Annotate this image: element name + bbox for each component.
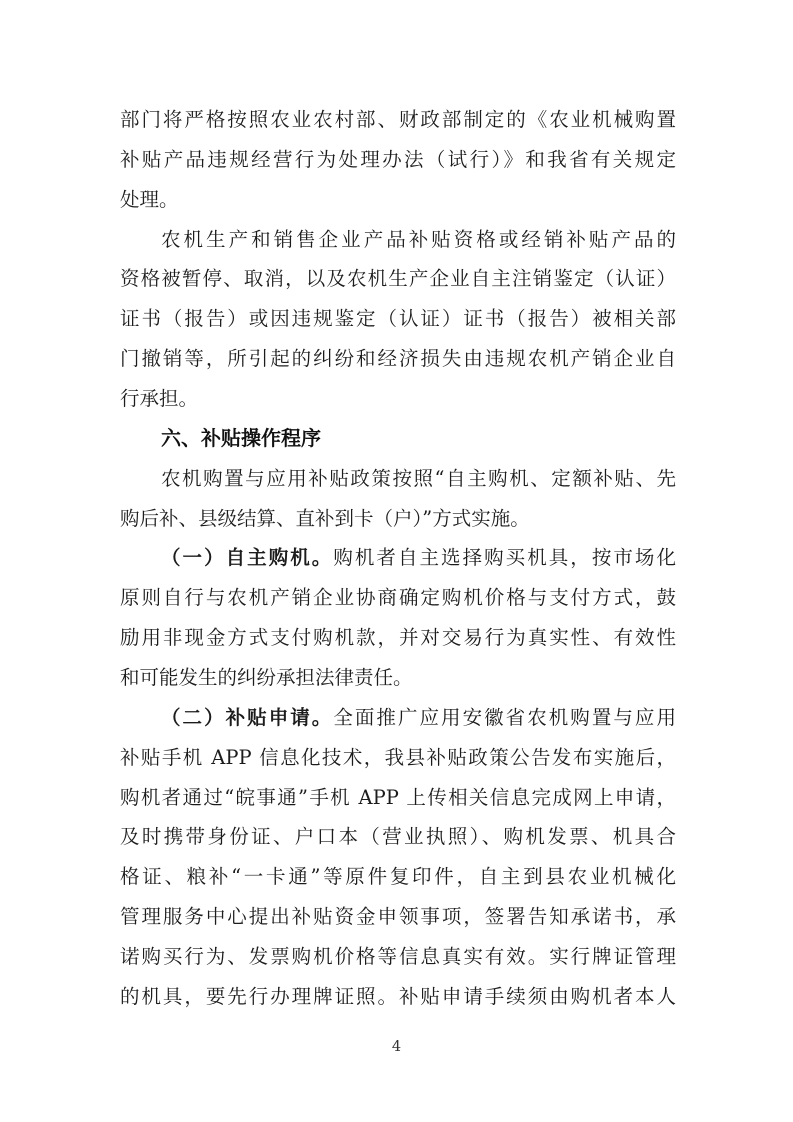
text-line: 和可能发生的纠纷承担法律责任。 <box>120 658 676 698</box>
text-line: （二）补贴申请。全面推广应用安徽省农机购置与应用 <box>120 698 676 738</box>
text-line: 资格被暂停、取消，以及农机生产企业自主注销鉴定（认证） <box>120 259 676 299</box>
text-line: 购后补、县级结算、直补到卡（户）”方式实施。 <box>120 499 676 539</box>
text-line-rest: 全面推广应用安徽省农机购置与应用 <box>333 706 676 729</box>
text-line: 补贴手机 APP 信息化技术，我县补贴政策公告发布实施后， <box>120 738 676 778</box>
text-line: 农机购置与应用补贴政策按照“自主购机、定额补贴、先 <box>120 459 676 499</box>
text-line: 门撤销等，所引起的纠纷和经济损失由违规农机产销企业自 <box>120 339 676 379</box>
text-line: （一）自主购机。购机者自主选择购买机具，按市场化 <box>120 538 676 578</box>
text-line: 原则自行与农机产销企业协商确定购机价格与支付方式，鼓 <box>120 578 676 618</box>
text-line: 处理。 <box>120 180 676 220</box>
text-line: 及时携带身份证、户口本（营业执照）、购机发票、机具合 <box>120 817 676 857</box>
paragraph-lead: （二）补贴申请。 <box>161 706 333 729</box>
text-line: 励用非现金方式支付购机款，并对交易行为真实性、有效性 <box>120 618 676 658</box>
text-line: 证书（报告）或因违规鉴定（认证）证书（报告）被相关部 <box>120 299 676 339</box>
text-line-rest: 购机者自主选择购买机具，按市场化 <box>333 546 676 569</box>
text-line: 的机具，要先行办理牌证照。补贴申请手续须由购机者本人 <box>120 977 676 1017</box>
page-number: 4 <box>0 1036 793 1058</box>
text-line: 农机生产和销售企业产品补贴资格或经销补贴产品的 <box>120 220 676 260</box>
text-line: 格证、粮补“一卡通”等原件复印件，自主到县农业机械化 <box>120 857 676 897</box>
body-text: 部门将严格按照农业农村部、财政部制定的《农业机械购置 补贴产品违规经营行为处理办… <box>120 100 676 1017</box>
text-line: 行承担。 <box>120 379 676 419</box>
text-line: 部门将严格按照农业农村部、财政部制定的《农业机械购置 <box>120 100 676 140</box>
document-page: 部门将严格按照农业农村部、财政部制定的《农业机械购置 补贴产品违规经营行为处理办… <box>0 0 793 1122</box>
text-line: 管理服务中心提出补贴资金申领事项，签署告知承诺书，承 <box>120 897 676 937</box>
text-line: 诺购买行为、发票购机价格等信息真实有效。实行牌证管理 <box>120 937 676 977</box>
paragraph-lead: （一）自主购机。 <box>161 546 333 569</box>
section-heading-6: 六、补贴操作程序 <box>120 419 676 459</box>
text-line: 补贴产品违规经营行为处理办法（试行）》和我省有关规定 <box>120 140 676 180</box>
text-line: 购机者通过“皖事通”手机 APP 上传相关信息完成网上申请， <box>120 778 676 818</box>
